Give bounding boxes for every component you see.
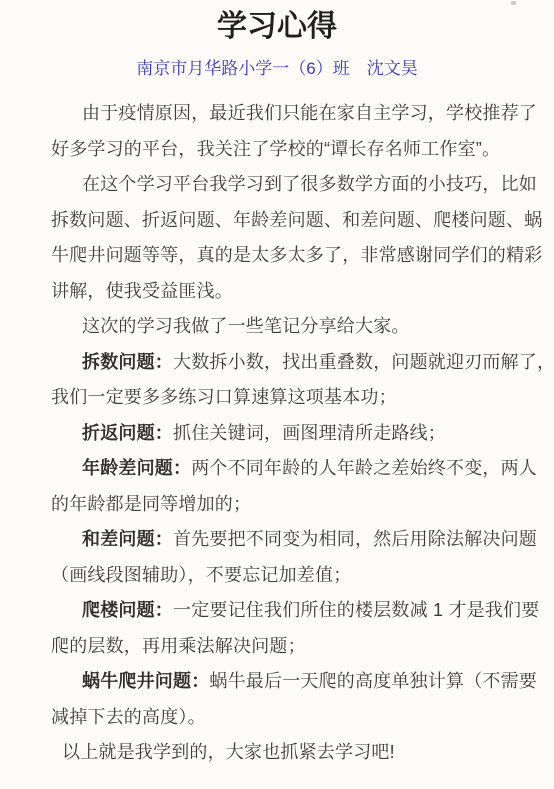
line-bold-lead: 拆数问题： [82,352,173,372]
text-line: 以上就是我学到的，大家也抓紧去学习吧! [51,735,524,771]
text-line: 好多学习的平台，我关注了学校的“谭长存名师工作室”。 [51,132,524,168]
corner-artifact [511,1,516,5]
line-text: 减掉下去的高度）。 [51,707,206,727]
line-text: 我们一定要多多练习口算速算这项基本功； [51,387,397,407]
line-bold-lead: 和差问题： [82,529,173,549]
text-line: 折返问题：抓住关键词，画图理清所走路线； [51,416,524,452]
text-line: 在这个学习平台我学习到了很多数学方面的小技巧，比如 [51,167,524,203]
text-line: 年龄差问题：两个不同年龄的人年龄之差始终不变，两人 [51,451,524,487]
line-text: 这次的学习我做了一些笔记分享给大家。 [82,316,410,336]
document-body: 由于疫情原因，最近我们只能在家自主学习，学校推荐了 好多学习的平台，我关注了学校… [0,96,554,771]
text-line: 讲解，使我受益匪浅。 [51,274,524,310]
text-line: 减掉下去的高度）。 [51,700,524,736]
text-line: 爬楼问题：一定要记住我们所住的楼层数减 1 才是我们要 [51,593,524,629]
line-text: （画线段图辅助），不要忘记加差值； [51,565,351,585]
line-text: 一定要记住我们所住的楼层数减 1 才是我们要 [173,600,539,620]
line-text: 由于疫情原因，最近我们只能在家自主学习，学校推荐了 [82,103,537,123]
line-text: 好多学习的平台，我关注了学校的“谭长存名师工作室”。 [51,139,500,159]
line-text: 讲解，使我受益匪浅。 [51,281,233,301]
line-text: 以上就是我学到的，大家也抓紧去学习吧! [62,742,395,762]
document-title: 学习心得 [0,0,554,45]
text-line: 拆数问题、折返问题、年龄差问题、和差问题、爬楼问题、蜗 [51,203,524,239]
line-bold-lead: 年龄差问题： [82,458,191,478]
text-line: （画线段图辅助），不要忘记加差值； [51,558,524,594]
line-text: 在这个学习平台我学习到了很多数学方面的小技巧，比如 [82,174,537,194]
line-text: 拆数问题、折返问题、年龄差问题、和差问题、爬楼问题、蜗 [51,210,542,230]
text-line: 由于疫情原因，最近我们只能在家自主学习，学校推荐了 [51,96,524,132]
line-bold-lead: 蜗牛爬井问题： [82,671,209,691]
text-line: 拆数问题：大数拆小数，找出重叠数，问题就迎刃而解了， [51,345,524,381]
line-text: 的年龄都是同等增加的； [51,494,251,514]
line-text: 首先要把不同变为相同，然后用除法解决问题 [173,529,537,549]
line-text: 牛爬井问题等等，真的是太多太多了，非常感谢同学们的精彩 [51,245,542,265]
text-line: 和差问题：首先要把不同变为相同，然后用除法解决问题 [51,522,524,558]
line-text: 抓住关键词，画图理清所走路线； [173,423,446,443]
text-line: 我们一定要多多练习口算速算这项基本功； [51,380,524,416]
text-line: 蜗牛爬井问题：蜗牛最后一天爬的高度单独计算（不需要 [51,664,524,700]
text-line: 牛爬井问题等等，真的是太多太多了，非常感谢同学们的精彩 [51,238,524,274]
text-line: 这次的学习我做了一些笔记分享给大家。 [51,309,524,345]
line-bold-lead: 折返问题： [82,423,173,443]
document-byline: 南京市月华路小学一（6）班 沈文昊 [0,57,554,81]
line-text: 大数拆小数，找出重叠数，问题就迎刃而解了， [173,352,554,372]
line-bold-lead: 爬楼问题： [82,600,173,620]
document-page: 学习心得 南京市月华路小学一（6）班 沈文昊 由于疫情原因，最近我们只能在家自主… [0,0,554,789]
line-text: 蜗牛最后一天爬的高度单独计算（不需要 [209,671,537,691]
line-text: 两个不同年龄的人年龄之差始终不变，两人 [191,458,537,478]
text-line: 爬的层数，再用乘法解决问题； [51,629,524,665]
line-text: 爬的层数，再用乘法解决问题； [51,636,306,656]
text-line: 的年龄都是同等增加的； [51,487,524,523]
